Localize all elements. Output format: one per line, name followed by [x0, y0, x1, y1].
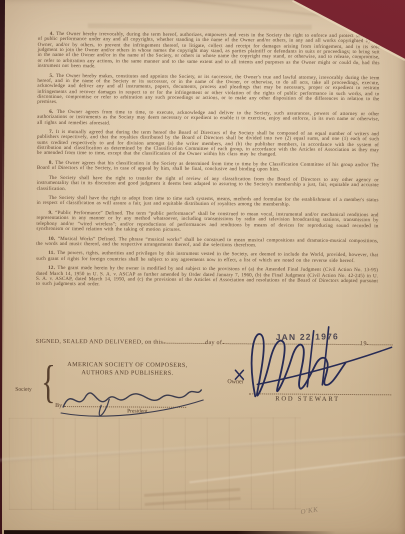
fill-in-blank [163, 338, 205, 344]
photo-background: 4. The Owner hereby irrevocably, during … [0, 0, 405, 534]
society-name: AMERICAN SOCIETY OF COMPOSERS, AUTHORS A… [47, 361, 207, 377]
society-name-line2: AUTHORS AND PUBLISHERS. [47, 368, 207, 377]
society-name-line1: AMERICAN SOCIETY OF COMPOSERS, [47, 361, 207, 370]
signed-line-text: SIGNED, SEALED AND DELIVERED, on this [36, 339, 164, 346]
owner-typed-name: ROD STEWART [275, 396, 340, 403]
document-page: 4. The Owner hereby irrevocably, during … [2, 0, 405, 534]
president-signature [57, 377, 207, 423]
society-label: Society [15, 387, 32, 393]
page-content: 4. The Owner hereby irrevocably, during … [0, 0, 405, 534]
day-of-label: day of [205, 340, 222, 346]
